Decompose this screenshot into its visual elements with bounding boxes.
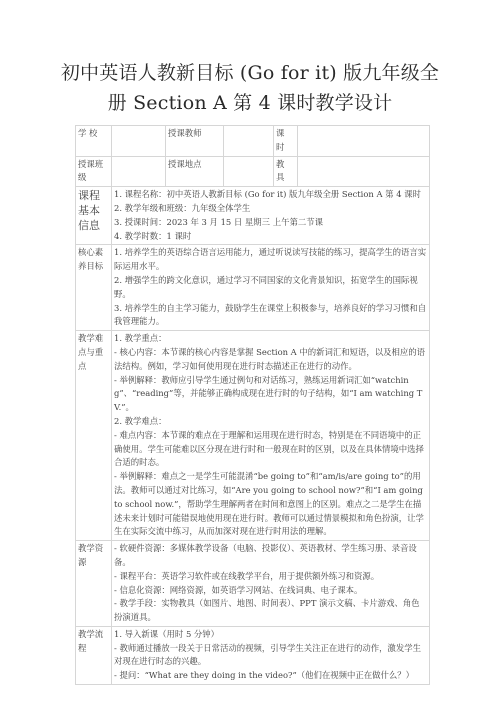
- key-point-line: 1. 教学重点：: [114, 332, 427, 346]
- basic-info-line: 2. 教学年级和班级：九年级全体学生: [114, 202, 427, 216]
- process-line: 1. 导入新课（用时 5 分钟）: [114, 628, 427, 642]
- location-label: 授课地点: [166, 156, 224, 187]
- aids-label: 教 具: [274, 156, 298, 187]
- basic-info-label: 课程基本信息: [76, 187, 112, 245]
- key-points-label: 教学难点与重点: [76, 331, 112, 541]
- key-points-content: 1. 教学重点： - 核心内容：本节课的核心内容是掌握 Section A 中的…: [112, 331, 430, 541]
- teacher-label: 授课教师: [166, 126, 224, 157]
- document-title: 初中英语人教新目标 (Go for it) 版九年级全 册 Section A …: [0, 58, 500, 118]
- resource-line: - 教学手段：实物教具（如图片、地图、时间表）、PPT 演示文稿、卡片游戏、角色…: [114, 597, 427, 625]
- basic-info-line: 1. 课程名称：初中英语人教新目标 (Go for it) 版九年级全册 Sec…: [114, 188, 427, 202]
- core-goal-line: 2. 增强学生的跨文化意识，通过学习不同国家的文化背景知识，拓宽学生的国际视野。: [114, 274, 427, 302]
- teacher-value: [224, 126, 274, 157]
- period-label: 课 时: [274, 126, 298, 157]
- key-point-line: - 举例解释：教师应引导学生通过例句和对话练习，熟练运用新词汇如“watchin…: [114, 374, 427, 415]
- table-row-core-goals: 核心素养目标 1. 培养学生的英语综合语言运用能力，通过听说读写技能的练习，提高…: [76, 245, 430, 331]
- core-goals-label: 核心素养目标: [76, 245, 112, 331]
- resource-line: - 课程平台：英语学习软件或在线教学平台，用于提供额外练习和资源。: [114, 570, 427, 584]
- lesson-plan-table: 学 校 授课教师 课 时 授课班级 授课地点 教 具 课程基本信息 1. 课程名…: [75, 125, 430, 685]
- resource-line: - 软硬件资源：多媒体教学设备（电脑、投影仪）、英语教材、学生练习册、录音设备。: [114, 542, 427, 570]
- title-line-1: 初中英语人教新目标 (Go for it) 版九年级全: [0, 58, 500, 88]
- table-row-process: 教学流程 1. 导入新课（用时 5 分钟） - 教师通过播放一段关于日常活动的视…: [76, 626, 430, 684]
- key-point-line: 2. 教学难点：: [114, 415, 427, 429]
- table-row-resources: 教学资源 - 软硬件资源：多媒体教学设备（电脑、投影仪）、英语教材、学生练习册、…: [76, 541, 430, 627]
- table-row-key-points: 教学难点与重点 1. 教学重点： - 核心内容：本节课的核心内容是掌握 Sect…: [76, 331, 430, 541]
- resources-content: - 软硬件资源：多媒体教学设备（电脑、投影仪）、英语教材、学生练习册、录音设备。…: [112, 541, 430, 627]
- process-line: - 教师通过播放一段关于日常活动的视频，引导学生关注正在进行的动作，激发学生对现…: [114, 642, 427, 670]
- core-goal-line: 1. 培养学生的英语综合语言运用能力，通过听说读写技能的练习，提高学生的语言实际…: [114, 246, 427, 274]
- table-row-class: 授课班级 授课地点 教 具: [76, 156, 430, 187]
- aids-value: [298, 156, 430, 187]
- table-row-basic-info: 课程基本信息 1. 课程名称：初中英语人教新目标 (Go for it) 版九年…: [76, 187, 430, 245]
- core-goals-content: 1. 培养学生的英语综合语言运用能力，通过听说读写技能的练习，提高学生的语言实际…: [112, 245, 430, 331]
- process-content: 1. 导入新课（用时 5 分钟） - 教师通过播放一段关于日常活动的视频，引导学…: [112, 626, 430, 684]
- basic-info-line: 4. 教学时数：1 课时: [114, 230, 427, 244]
- class-label: 授课班级: [76, 156, 112, 187]
- table-row-school: 学 校 授课教师 课 时: [76, 126, 430, 157]
- core-goal-line: 3. 培养学生的自主学习能力，鼓励学生在课堂上积极参与，培养良好的学习习惯和自我…: [114, 302, 427, 330]
- location-value: [224, 156, 274, 187]
- key-point-line: - 核心内容：本节课的核心内容是掌握 Section A 中的新词汇和短语，以及…: [114, 346, 427, 374]
- school-value: [112, 126, 166, 157]
- process-label: 教学流程: [76, 626, 112, 684]
- key-point-line: - 举例解释：难点之一是学生可能混淆“be going to”和“am/is/a…: [114, 470, 427, 539]
- basic-info-line: 3. 授课时间：2023 年 3 月 15 日 星期三 上午第二节课: [114, 216, 427, 230]
- basic-info-content: 1. 课程名称：初中英语人教新目标 (Go for it) 版九年级全册 Sec…: [112, 187, 430, 245]
- key-point-line: - 难点内容：本节课的难点在于理解和运用现在进行时态，特别是在不同语境中的正确使…: [114, 429, 427, 470]
- resource-line: - 信息化资源：网络资源，如英语学习网站、在线词典、电子课本。: [114, 584, 427, 598]
- period-value: [298, 126, 430, 157]
- school-label: 学 校: [76, 126, 112, 157]
- resources-label: 教学资源: [76, 541, 112, 627]
- process-line: - 提问：“What are they doing in the video?”…: [114, 669, 427, 683]
- class-value: [112, 156, 166, 187]
- title-line-2: 册 Section A 第 4 课时教学设计: [0, 88, 500, 118]
